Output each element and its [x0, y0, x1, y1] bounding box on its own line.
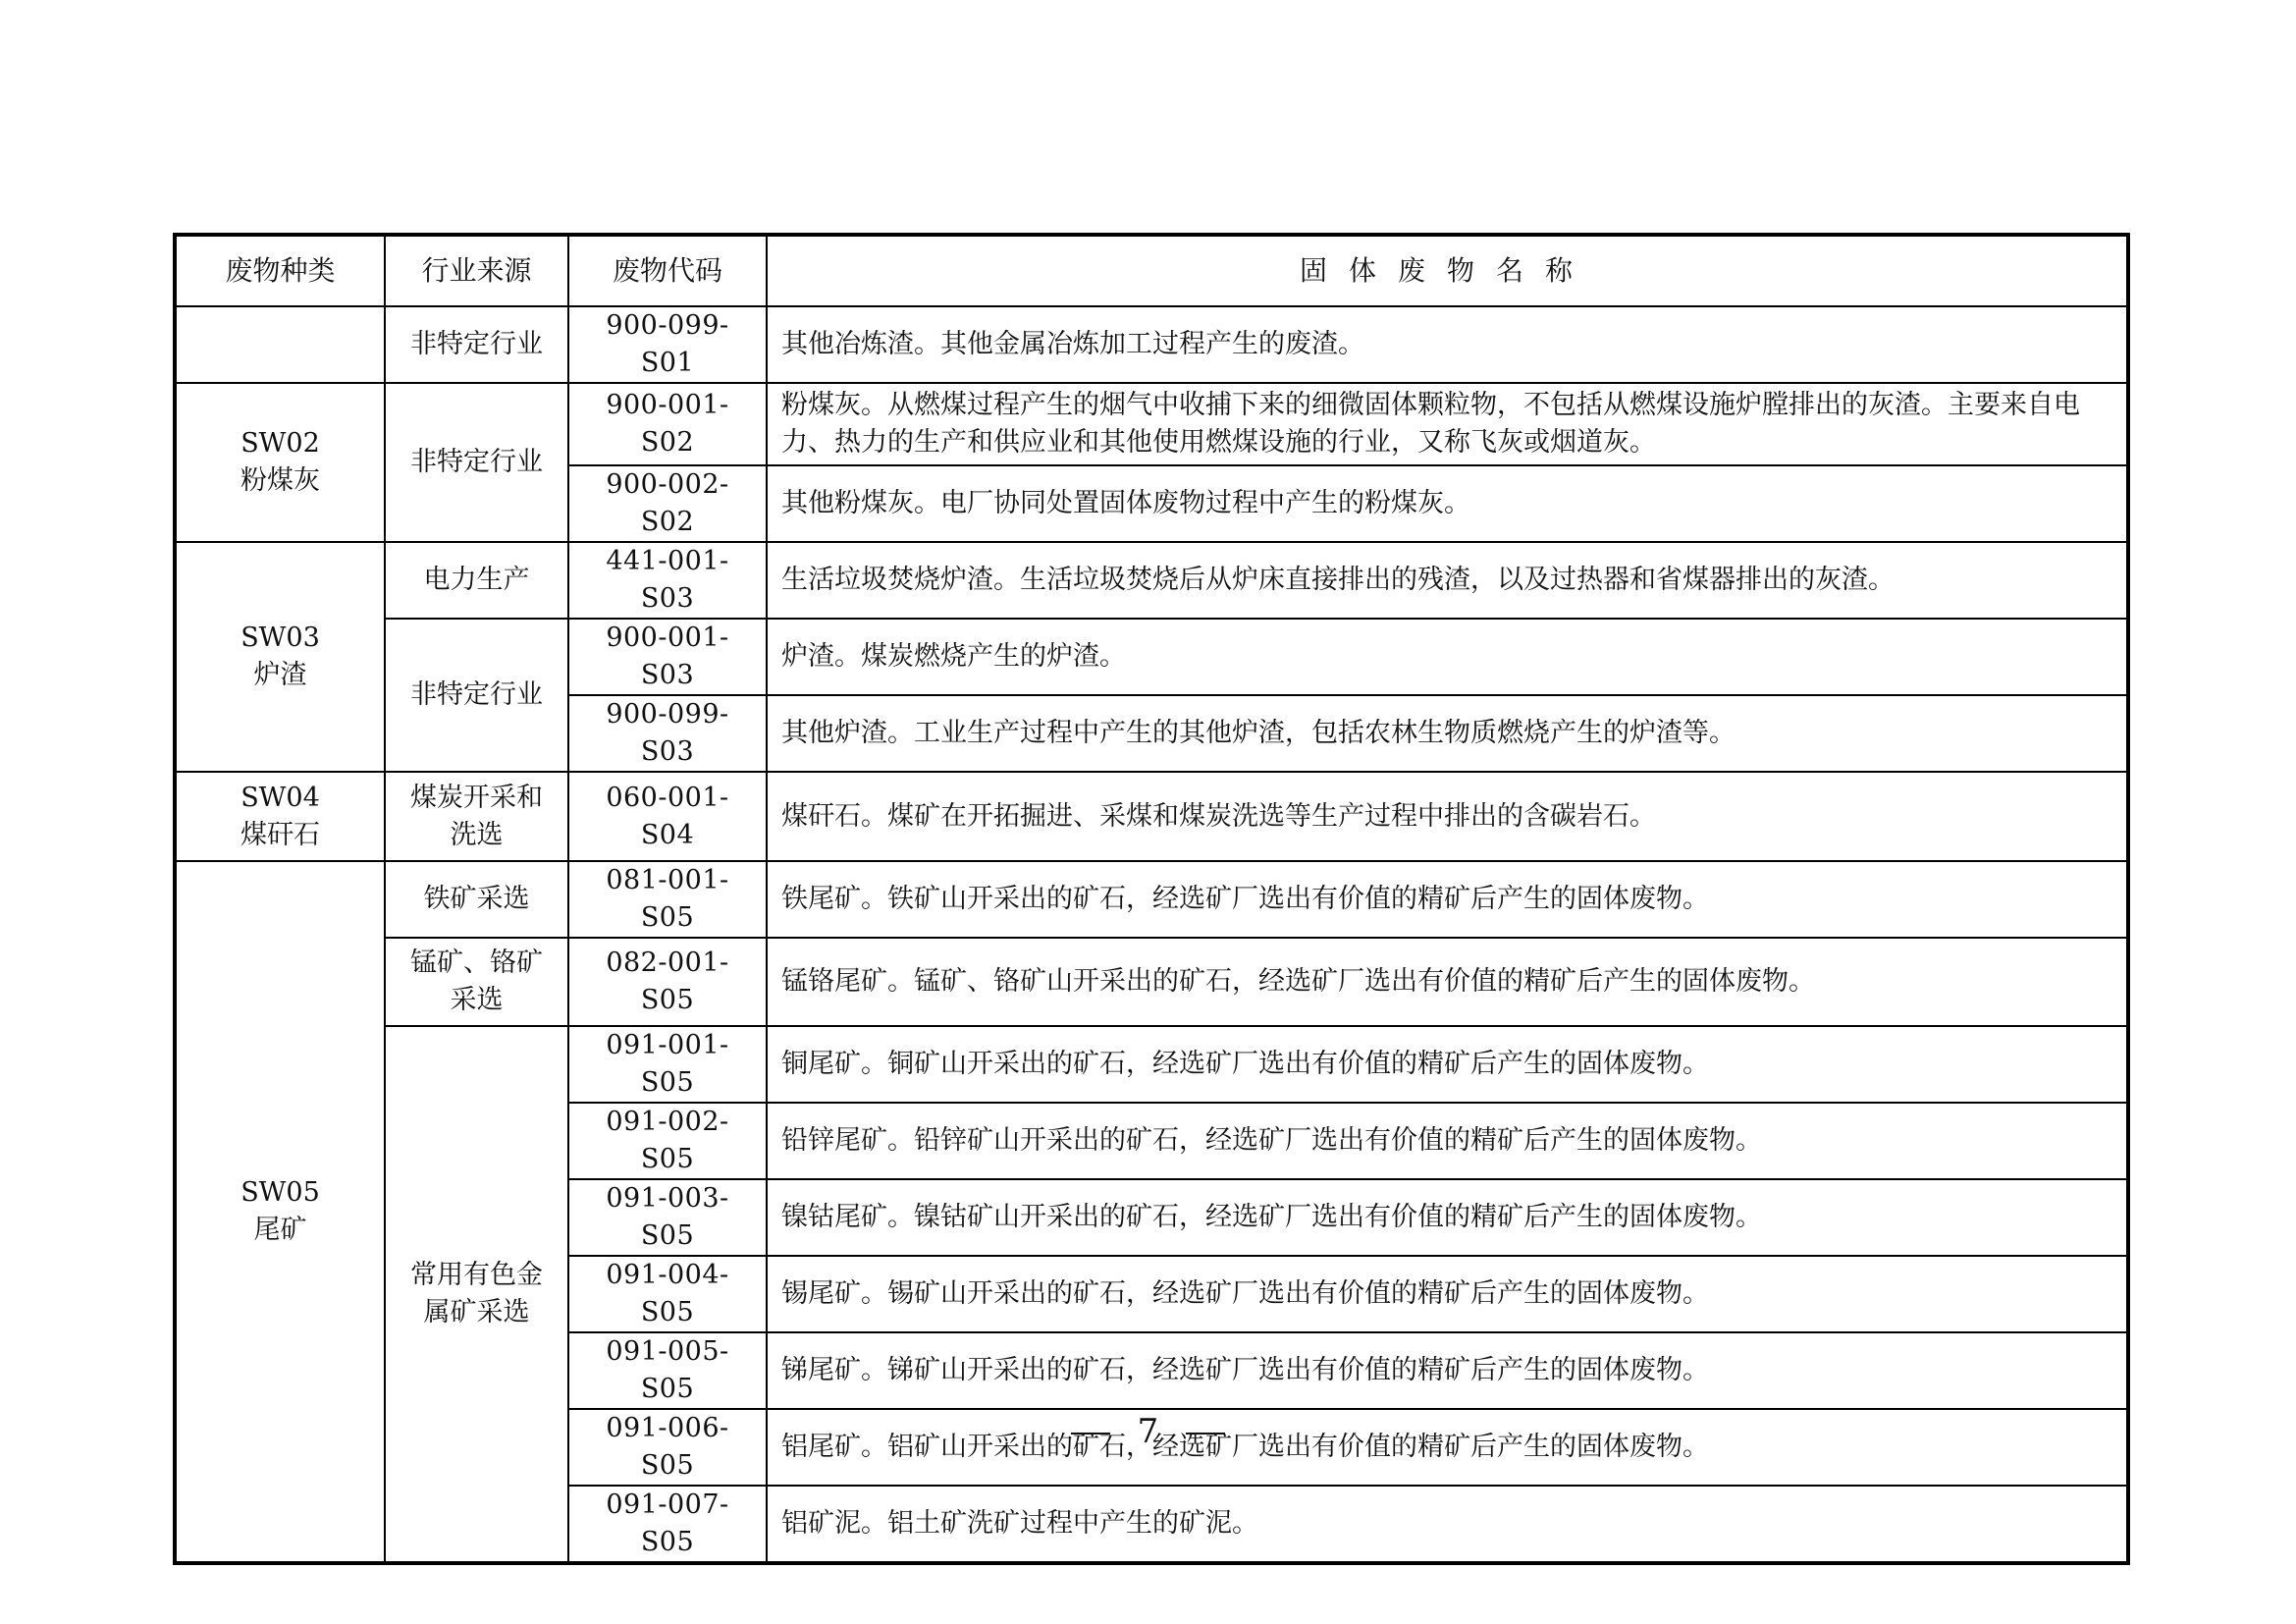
name-cell: 其他炉渣。工业生产过程中产生的其他炉渣，包括农林生物质燃烧产生的炉渣等。	[767, 695, 2128, 772]
table-row: SW04 煤矸石 煤炭开采和洗选 060-001-S04 煤矸石。煤矿在开拓掘进…	[175, 772, 2128, 861]
dash-left-decoration	[1071, 1433, 1110, 1435]
table-row: 非特定行业 900-001-S03 炉渣。煤炭燃烧产生的炉渣。	[175, 619, 2128, 695]
code-cell: 091-005-S05	[568, 1332, 767, 1409]
name-cell: 锰铬尾矿。锰矿、铬矿山开采出的矿石，经选矿厂选出有价值的精矿后产生的固体废物。	[767, 938, 2128, 1026]
industry-cell: 电力生产	[385, 542, 568, 619]
code-cell: 091-001-S05	[568, 1026, 767, 1103]
table-row: SW03 炉渣 电力生产 441-001-S03 生活垃圾焚烧炉渣。生活垃圾焚烧…	[175, 542, 2128, 619]
dash-right-decoration	[1186, 1433, 1225, 1435]
solid-waste-table: 废物种类 行业来源 废物代码 固体废物名称 非特定行业 900-099-S01 …	[173, 233, 2130, 1565]
header-waste-code: 废物代码	[568, 235, 767, 306]
category-name: 尾矿	[190, 1212, 370, 1249]
category-name: 煤矸石	[190, 817, 370, 854]
code-cell: 060-001-S04	[568, 772, 767, 861]
code-cell: 082-001-S05	[568, 938, 767, 1026]
header-industry-source: 行业来源	[385, 235, 568, 306]
category-cell	[175, 306, 385, 383]
code-cell: 900-099-S01	[568, 306, 767, 383]
category-name: 粉煤灰	[190, 462, 370, 500]
table-header-row: 废物种类 行业来源 废物代码 固体废物名称	[175, 235, 2128, 306]
code-cell: 091-007-S05	[568, 1486, 767, 1563]
table-row: 非特定行业 900-099-S01 其他冶炼渣。其他金属冶炼加工过程产生的废渣。	[175, 306, 2128, 383]
category-cell: SW02 粉煤灰	[175, 383, 385, 542]
category-cell: SW04 煤矸石	[175, 772, 385, 861]
code-cell: 900-002-S02	[568, 465, 767, 542]
page-number-value: 7	[1138, 1412, 1159, 1451]
code-cell: 900-001-S02	[568, 383, 767, 465]
code-cell: 091-004-S05	[568, 1256, 767, 1332]
header-waste-name: 固体废物名称	[767, 235, 2128, 306]
table-row: 常用有色金属矿采选 091-001-S05 铜尾矿。铜矿山开采出的矿石，经选矿厂…	[175, 1026, 2128, 1103]
name-cell: 锑尾矿。锑矿山开采出的矿石，经选矿厂选出有价值的精矿后产生的固体废物。	[767, 1332, 2128, 1409]
category-code: SW05	[190, 1174, 370, 1212]
industry-cell: 非特定行业	[385, 383, 568, 542]
category-code: SW04	[190, 780, 370, 817]
category-cell: SW05 尾矿	[175, 861, 385, 1563]
header-waste-category: 废物种类	[175, 235, 385, 306]
category-code: SW02	[190, 425, 370, 462]
code-cell: 900-099-S03	[568, 695, 767, 772]
name-cell: 铜尾矿。铜矿山开采出的矿石，经选矿厂选出有价值的精矿后产生的固体废物。	[767, 1026, 2128, 1103]
industry-cell: 常用有色金属矿采选	[385, 1026, 568, 1563]
table-row: SW05 尾矿 铁矿采选 081-001-S05 铁尾矿。铁矿山开采出的矿石，经…	[175, 861, 2128, 938]
industry-cell: 铁矿采选	[385, 861, 568, 938]
name-cell: 铝矿泥。铝土矿洗矿过程中产生的矿泥。	[767, 1486, 2128, 1563]
name-cell: 铁尾矿。铁矿山开采出的矿石，经选矿厂选出有价值的精矿后产生的固体废物。	[767, 861, 2128, 938]
industry-cell: 非特定行业	[385, 619, 568, 772]
code-cell: 081-001-S05	[568, 861, 767, 938]
industry-cell: 煤炭开采和洗选	[385, 772, 568, 861]
code-cell: 091-003-S05	[568, 1179, 767, 1256]
code-cell: 900-001-S03	[568, 619, 767, 695]
name-cell: 其他冶炼渣。其他金属冶炼加工过程产生的废渣。	[767, 306, 2128, 383]
code-cell: 441-001-S03	[568, 542, 767, 619]
table-row: SW02 粉煤灰 非特定行业 900-001-S02 粉煤灰。从燃煤过程产生的烟…	[175, 383, 2128, 465]
name-cell: 炉渣。煤炭燃烧产生的炉渣。	[767, 619, 2128, 695]
name-cell: 锡尾矿。锡矿山开采出的矿石，经选矿厂选出有价值的精矿后产生的固体废物。	[767, 1256, 2128, 1332]
category-cell: SW03 炉渣	[175, 542, 385, 772]
page-number: 7	[0, 1412, 2296, 1451]
category-code: SW03	[190, 620, 370, 657]
category-name: 炉渣	[190, 657, 370, 694]
name-cell: 煤矸石。煤矿在开拓掘进、采煤和煤炭洗选等生产过程中排出的含碳岩石。	[767, 772, 2128, 861]
name-cell: 粉煤灰。从燃煤过程产生的烟气中收捕下来的细微固体颗粒物，不包括从燃煤设施炉膛排出…	[767, 383, 2128, 465]
name-cell: 铅锌尾矿。铅锌矿山开采出的矿石，经选矿厂选出有价值的精矿后产生的固体废物。	[767, 1103, 2128, 1179]
code-cell: 091-002-S05	[568, 1103, 767, 1179]
industry-cell: 非特定行业	[385, 306, 568, 383]
name-cell: 其他粉煤灰。电厂协同处置固体废物过程中产生的粉煤灰。	[767, 465, 2128, 542]
industry-cell: 锰矿、铬矿采选	[385, 938, 568, 1026]
name-cell: 镍钴尾矿。镍钴矿山开采出的矿石，经选矿厂选出有价值的精矿后产生的固体废物。	[767, 1179, 2128, 1256]
table-row: 锰矿、铬矿采选 082-001-S05 锰铬尾矿。锰矿、铬矿山开采出的矿石，经选…	[175, 938, 2128, 1026]
name-cell: 生活垃圾焚烧炉渣。生活垃圾焚烧后从炉床直接排出的残渣，以及过热器和省煤器排出的灰…	[767, 542, 2128, 619]
